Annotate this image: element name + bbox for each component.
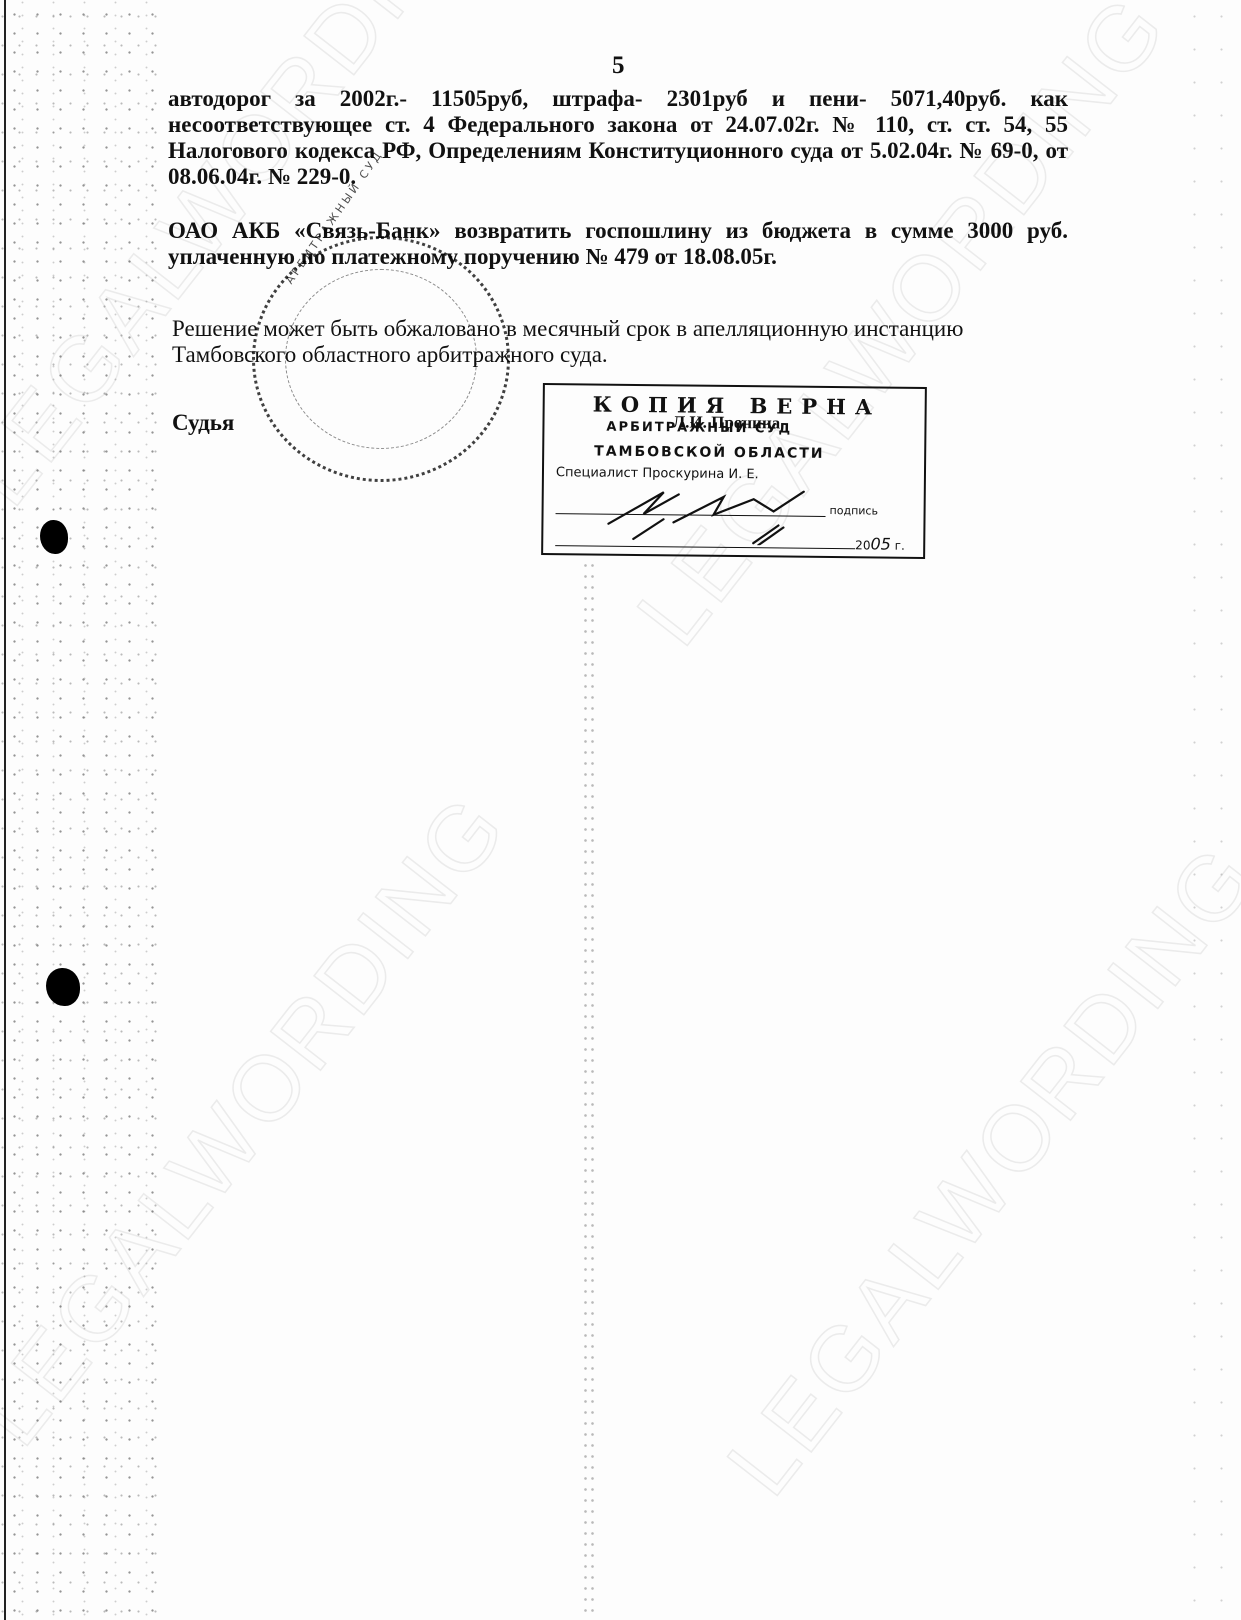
punch-hole-blot — [40, 520, 68, 554]
stamp-region: ТАМБОВСКОЙ ОБЛАСТИ — [594, 444, 825, 462]
seal-inner-ring — [285, 269, 477, 449]
punch-hole-blot — [46, 968, 80, 1006]
page-number: 5 — [612, 52, 625, 80]
fold-line-noise — [582, 560, 596, 1620]
year-prefix: 20 — [855, 538, 870, 552]
certified-copy-stamp: КОПИЯ ВЕРНА АРБИТРАЖНЫЙ СУД Л.И. Пронина… — [541, 383, 927, 559]
scan-noise-right — [1181, 0, 1241, 1620]
stamp-year: 2005 г. — [855, 534, 905, 554]
paragraph-tax-claim: автодорог за 2002г.- 11505руб, штрафа- 2… — [168, 86, 1068, 190]
year-suffix: 05 — [870, 534, 891, 553]
watermark: LEGALWORDING — [707, 826, 1241, 1515]
scanned-document-page: LEGALWORDING LEGALWORDING LEGALWORDING L… — [0, 0, 1241, 1620]
year-label: г. — [895, 539, 905, 553]
signature-label: подпись — [830, 504, 879, 518]
court-round-seal: АРБИТРАЖНЫЙ СУД — [252, 236, 510, 482]
judge-name: Л.И. Пронина — [672, 412, 780, 433]
stamp-specialist: Специалист Проскурина И. Е. — [556, 465, 759, 482]
judge-label: Судья — [172, 410, 234, 436]
